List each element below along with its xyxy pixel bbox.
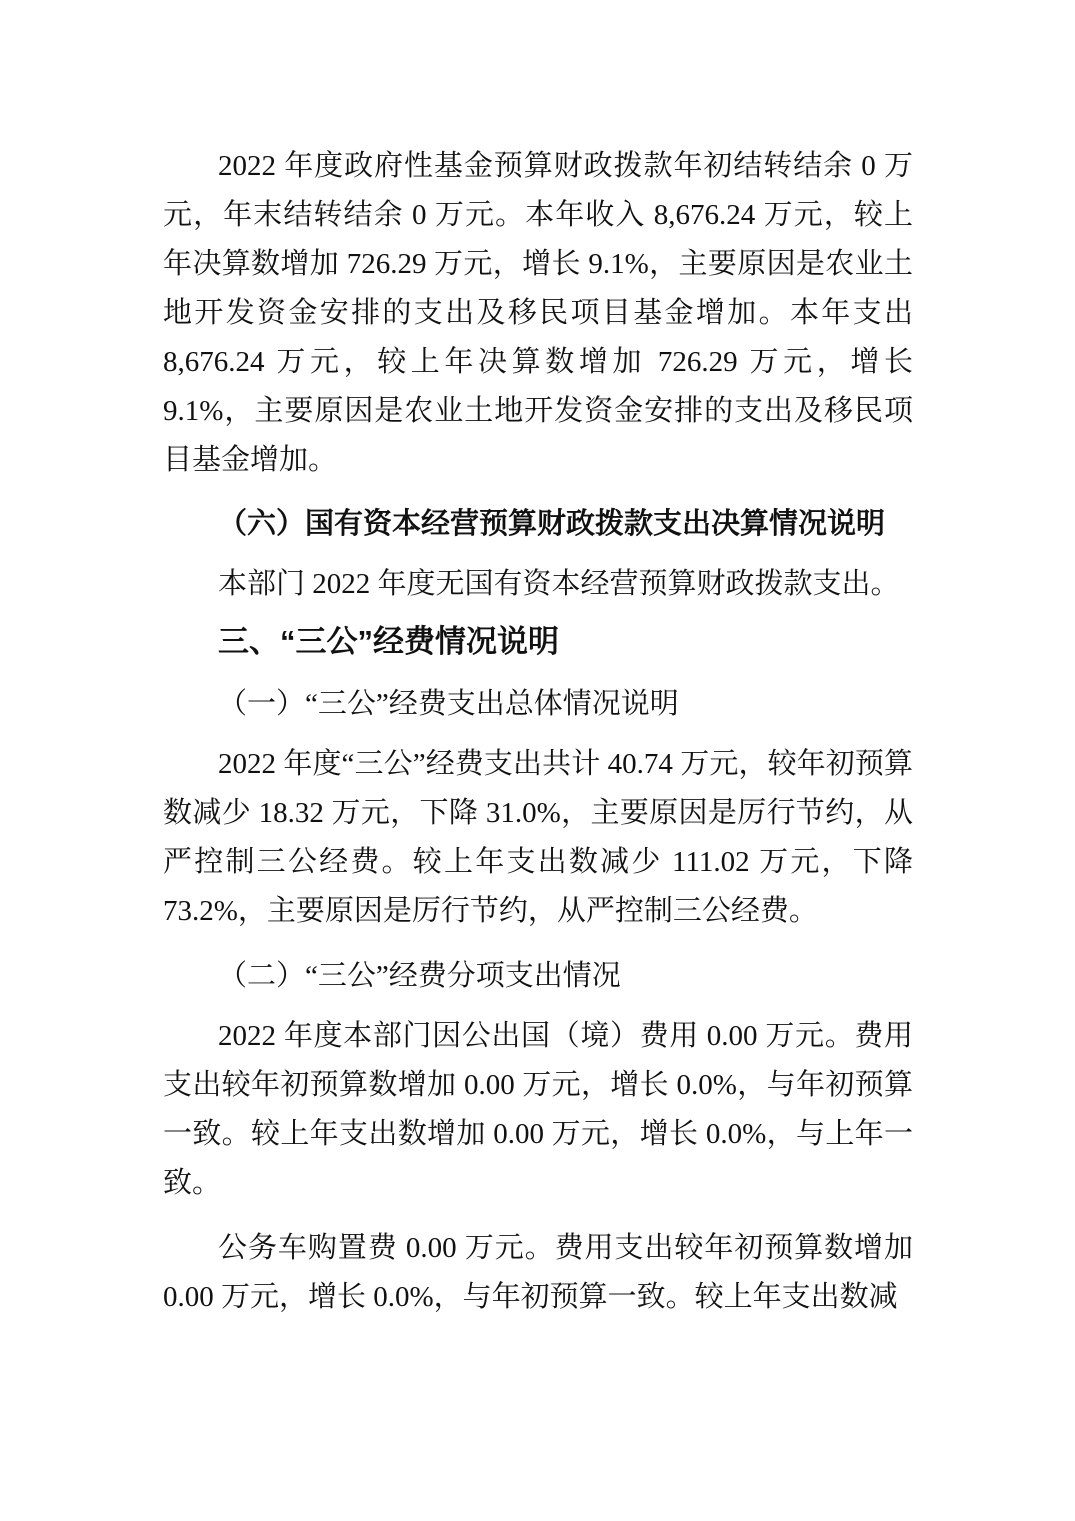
paragraph-government-fund-budget: 2022 年度政府性基金预算财政拨款年初结转结余 0 万元，年末结转结余 0 万… (163, 142, 913, 485)
subsection-heading-itemized-expenditure: （二）“三公”经费分项支出情况 (163, 952, 913, 1001)
paragraph-state-capital: 本部门 2022 年度无国有资本经营预算财政拨款支出。 (163, 560, 913, 609)
paragraph-official-vehicle-expense: 公务车购置费 0.00 万元。费用支出较年初预算数增加 0.00 万元，增长 0… (163, 1224, 913, 1322)
section-heading-state-capital: （六）国有资本经营预算财政拨款支出决算情况说明 (163, 500, 913, 549)
paragraph-overall-expenditure: 2022 年度“三公”经费支出共计 40.74 万元，较年初预算数减少 18.3… (163, 740, 913, 936)
section-heading-three-public-funds: 三、“三公”经费情况说明 (163, 617, 913, 666)
paragraph-overseas-travel-expense: 2022 年度本部门因公出国（境）费用 0.00 万元。费用支出较年初预算数增加… (163, 1012, 913, 1208)
document-page: 2022 年度政府性基金预算财政拨款年初结转结余 0 万元，年末结转结余 0 万… (0, 0, 1075, 1521)
subsection-heading-overall-expenditure: （一）“三公”经费支出总体情况说明 (163, 680, 913, 729)
